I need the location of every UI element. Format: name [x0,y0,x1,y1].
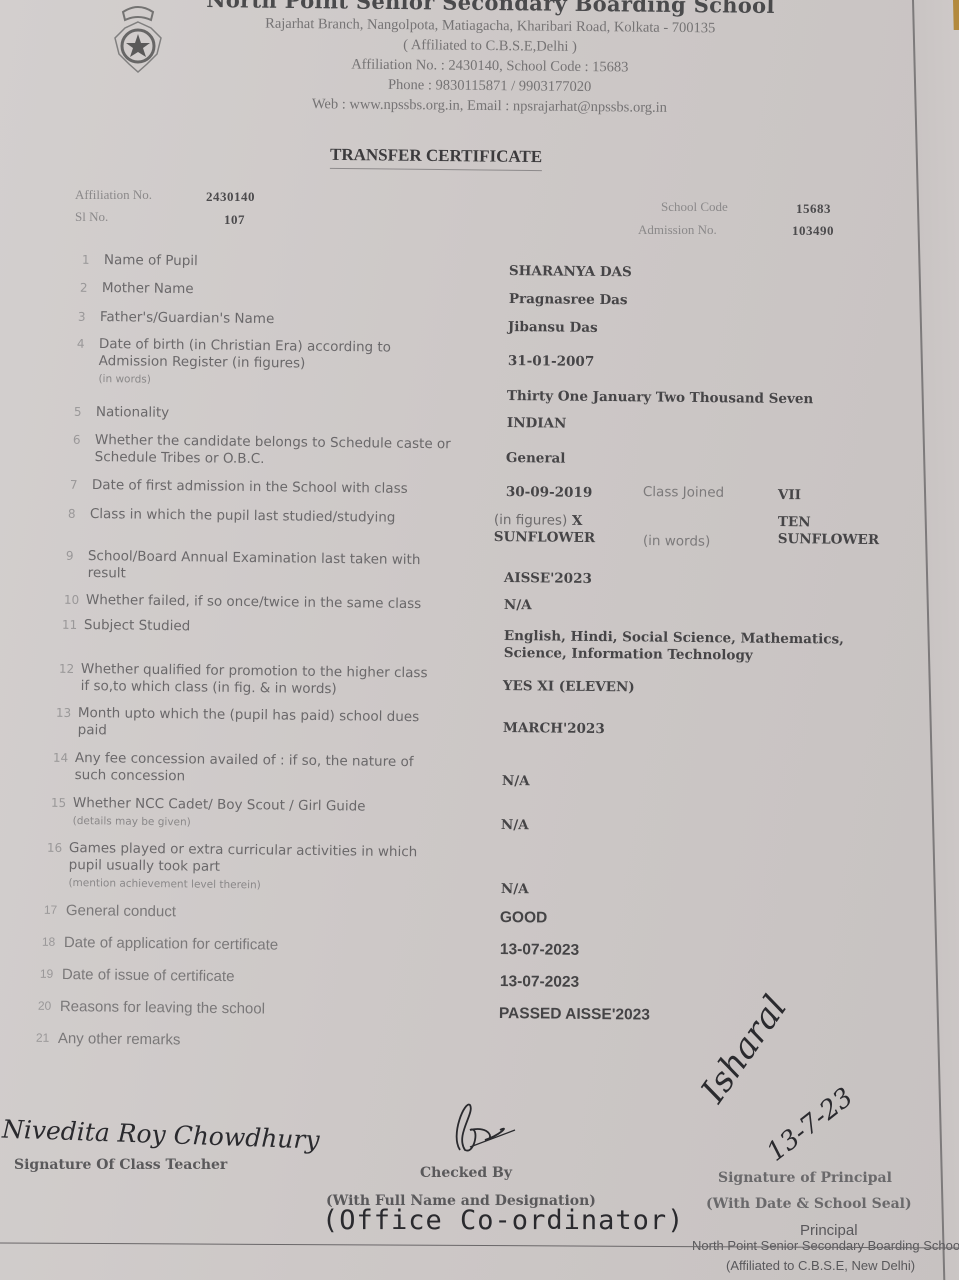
field-label: 11Subject Studied [84,617,191,635]
dob-words-value: Thirty One January Two Thousand Seven [507,388,814,408]
field-label: 5Nationality [96,404,169,422]
checked-by-signature-icon [440,1095,530,1165]
field-label: 19Date of issue of certificate [62,966,235,985]
class-joined-label: Class Joined [643,484,724,502]
last-class-words: TENSUNFLOWER [778,514,880,549]
web-line: Web : www.npssbs.org.in, Email : npsraja… [189,95,789,118]
last-class-figures-value: X [572,513,583,529]
mother-name-value: Pragnasree Das [509,291,628,309]
principal-label: Signature of Principal [718,1168,892,1188]
checked-by-label: Checked By [420,1163,512,1183]
promotion-value: YES XI (ELEVEN) [503,678,635,696]
last-class-words-value: TEN [778,514,811,530]
in-figures-label: (in figures) [494,512,568,529]
school-address: Rajarhat Branch, Nangolpota, Matiagacha,… [190,15,790,38]
checked-by-designation-handwriting: (Office Co-ordinator) [322,1205,684,1236]
class-joined-value: VII [778,487,801,504]
issue-date-value: 13-07-2023 [500,973,579,991]
dob-figures-value: 31-01-2007 [508,353,595,371]
nationality-value: INDIAN [507,415,567,433]
field-label: 17General conduct [66,902,176,920]
admission-value: 103490 [792,223,834,239]
father-name-value: Jibansu Das [508,319,598,337]
stamp-title: Principal [800,1222,858,1239]
leaving-reason-value: PASSED AISSE'2023 [499,1005,650,1024]
class-teacher-label: Signature Of Class Teacher [14,1155,227,1175]
fee-concession-value: N/A [502,773,530,790]
field-label: 7Date of first admission in the School w… [92,477,408,498]
subjects-value: English, Hindi, Social Science, Mathemat… [504,628,844,666]
field-label: 2Mother Name [102,280,194,298]
page-corner-tab [953,0,959,30]
principal-sublabel: (With Date & School Seal) [706,1194,912,1214]
class-teacher-signature: Nivedita Roy Chowdhury [2,1114,320,1154]
field-label: 18Date of application for certificate [64,934,278,954]
school-code-label: School Code [661,199,728,215]
affiliation-value: 2430140 [206,189,255,205]
stamp-affiliation: (Affiliated to C.B.S.E, New Delhi) [726,1258,915,1273]
last-class-words-section: SUNFLOWER [778,531,880,548]
in-words-label: (in words) [643,533,711,551]
pupil-name-value: SHARANYA DAS [509,263,632,281]
field-label: 20Reasons for leaving the school [60,998,265,1018]
field-label: 15Whether NCC Cadet/ Boy Scout / Girl Gu… [73,795,366,834]
field-label: 3Father's/Guardian's Name [100,309,275,328]
category-value: General [506,450,566,468]
field-label: 6Whether the candidate belongs to Schedu… [95,432,451,470]
page-title: TRANSFER CERTIFICATE [330,145,542,171]
certificate-page: North Point Senior Secondary Boarding Sc… [0,0,959,1280]
field-label: 16Games played or extra curricular activ… [68,840,417,896]
field-label: 8Class in which the pupil last studied/s… [90,506,396,527]
school-header: North Point Senior Secondary Boarding Sc… [189,0,790,118]
field-label: 1Name of Pupil [104,252,198,270]
failed-value: N/A [504,597,532,614]
activities-value: N/A [501,881,529,898]
last-class-figures: (in figures) XSUNFLOWER [494,512,596,547]
adjacent-page-edge [912,0,959,1280]
school-code-value: 15683 [796,201,831,217]
field-label: 12Whether qualified for promotion to the… [81,661,428,699]
first-admission-value: 30-09-2019 [506,484,593,502]
principal-signed-date: 13-7-23 [761,1082,858,1167]
dues-paid-value: MARCH'2023 [503,720,605,738]
ncc-value: N/A [501,817,529,834]
conduct-value: GOOD [500,909,548,926]
field-label: 21Any other remarks [58,1030,181,1048]
admission-label: Admission No. [638,222,717,238]
field-label: 13Month upto which the (pupil has paid) … [78,705,420,743]
star-crest-icon [103,4,173,76]
affiliation-label: Affiliation No. [75,187,152,203]
field-label: 4Date of birth (in Christian Era) accord… [98,336,391,392]
field-label: 14Any fee concession availed of : if so,… [75,750,414,788]
affiliated-to: ( Affiliated to C.B.S.E,Delhi ) [190,35,790,58]
application-date-value: 13-07-2023 [500,941,579,959]
last-exam-value: AISSE'2023 [504,570,592,588]
sl-label: Sl No. [75,209,108,225]
principal-signature: Isharal [693,988,795,1110]
sl-value: 107 [224,212,245,228]
field-label: 9School/Board Annual Examination last ta… [88,548,421,586]
phone-line: Phone : 9830115871 / 9903177020 [190,75,790,98]
field-label: 10Whether failed, if so once/twice in th… [86,592,422,613]
last-class-section: SUNFLOWER [494,529,596,546]
affiliation-line: Affiliation No. : 2430140, School Code :… [190,55,790,78]
